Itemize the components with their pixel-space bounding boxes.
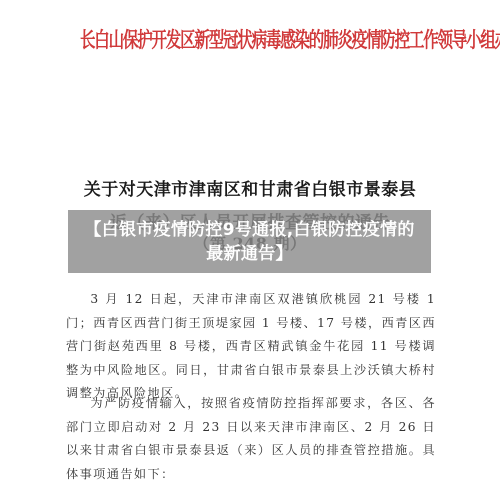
paragraph-text: 3 月 12 日起，天津市津南区双港镇欣桃园 21 号楼 1 门；西青区西营门街…: [66, 288, 436, 406]
document-title-line-1: 关于对天津市津南区和甘肃省白银市景泰县: [60, 175, 440, 200]
caption-overlay: 【白银市疫情防控9号通报,白银防控疫情的最新通告】: [68, 210, 431, 273]
document-header: 长白山保护开发区新型冠状病毒感染的肺炎疫情防控工作领导小组办公室文件: [80, 24, 422, 54]
paragraph-text: 为严防疫情输入，按照省疫情防控指挥部要求，各区、各部门立即启动对 2 月 23 …: [66, 392, 436, 484]
document-paragraph-2: 为严防疫情输入，按照省疫情防控指挥部要求，各区、各部门立即启动对 2 月 23 …: [66, 392, 436, 484]
document-paragraph-1: 3 月 12 日起，天津市津南区双港镇欣桃园 21 号楼 1 门；西青区西营门街…: [66, 288, 436, 406]
caption-text: 【白银市疫情防控9号通报,白银防控疫情的最新通告】: [84, 220, 414, 264]
